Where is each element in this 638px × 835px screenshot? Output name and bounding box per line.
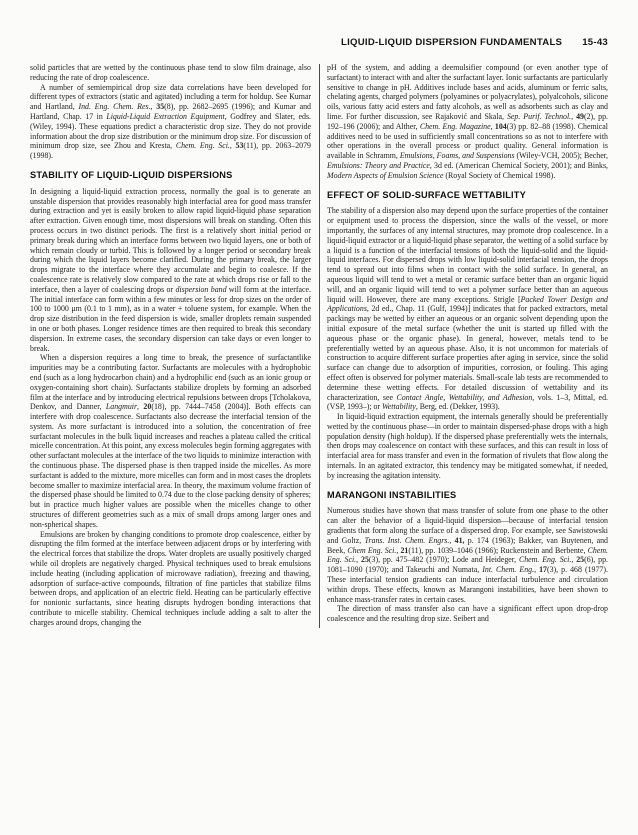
section-heading: EFFECT OF SOLID-SURFACE WETTABILITY [327,191,608,201]
paragraph: Emulsions are broken by changing conditi… [30,530,311,628]
paragraph: When a dispersion requires a long time t… [30,353,311,529]
page-number: 15-43 [582,37,608,48]
left-column: solid particles that are wetted by the c… [30,63,311,628]
paragraph: The direction of mass transfer also can … [327,604,608,624]
paragraph: The stability of a dispersion also may d… [327,206,608,412]
section-heading: STABILITY OF LIQUID-LIQUID DISPERSIONS [30,171,311,181]
right-column: pH of the system, and adding a deemulsif… [327,63,608,628]
section-heading: MARANGONI INSTABILITIES [327,491,608,501]
book-page: LIQUID-LIQUID DISPERSION FUNDAMENTALS 15… [0,0,638,835]
text-columns: solid particles that are wetted by the c… [30,63,608,628]
page-header: LIQUID-LIQUID DISPERSION FUNDAMENTALS 15… [30,37,608,48]
page-header-title: LIQUID-LIQUID DISPERSION FUNDAMENTALS [341,37,562,48]
paragraph: pH of the system, and adding a deemulsif… [327,63,608,181]
paragraph: In liquid-liquid extraction equipment, t… [327,412,608,481]
column-divider [319,64,320,628]
paragraph: Numerous studies have shown that mass tr… [327,506,608,604]
paragraph: A number of semiempirical drop size data… [30,83,311,161]
paragraph: solid particles that are wetted by the c… [30,63,311,83]
paragraph: In designing a liquid-liquid extraction … [30,187,311,354]
